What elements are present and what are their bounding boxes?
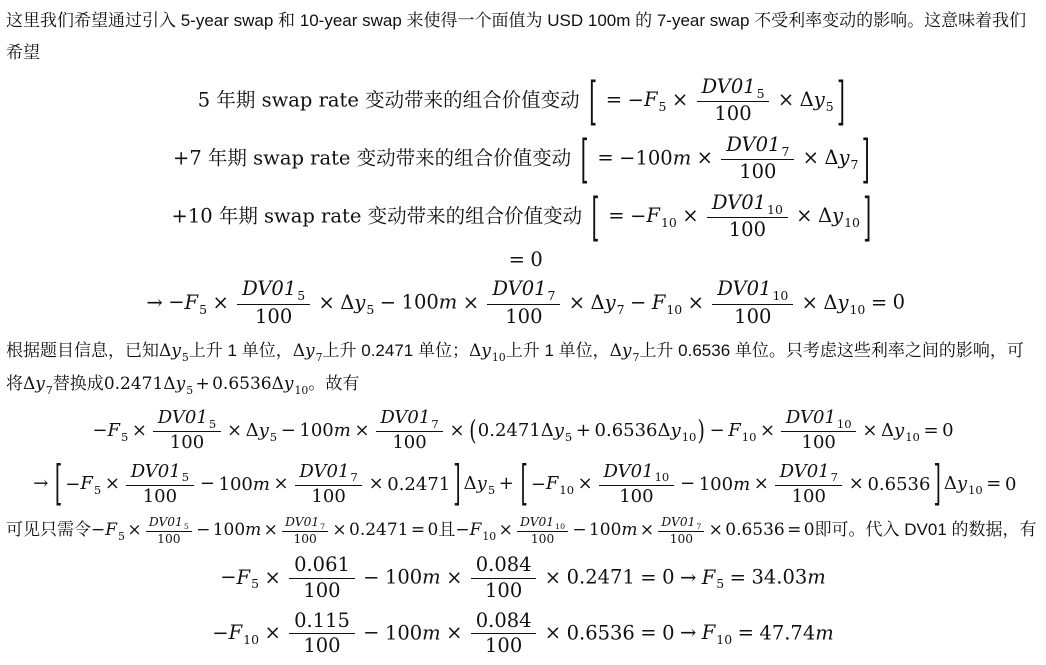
equation-grouped: →[−F5×DV015100−100m×DV017100×0.2471]Δy5+… <box>6 461 1040 508</box>
math-number: 100 <box>392 432 426 453</box>
math-variable: m <box>673 146 692 169</box>
big-bracket: ] <box>453 457 460 512</box>
subscript: 7 <box>316 351 323 364</box>
math-text: 上升 0.2471 单位； <box>323 341 469 360</box>
subscript: 5 <box>251 576 259 591</box>
math-operator: × <box>227 420 242 441</box>
fraction: DV015100 <box>126 461 193 508</box>
subscript: 5 <box>297 288 305 303</box>
math-variable: m <box>733 473 750 494</box>
math-variable: DV0110 <box>712 191 783 214</box>
numerator: 0.084 <box>471 609 537 633</box>
subscript: 10 <box>767 202 783 217</box>
numerator: DV015 <box>237 277 310 303</box>
subscript: 10 <box>559 483 574 497</box>
math-variable: y <box>354 291 365 314</box>
fraction: 0.061100 <box>289 553 355 603</box>
subscript: 5 <box>184 522 189 531</box>
paren: ( <box>469 415 476 447</box>
paren: ) <box>697 415 704 447</box>
big-bracket: ] <box>863 187 871 247</box>
math-number: 100 <box>303 634 340 657</box>
math-variable: F5 <box>185 291 207 314</box>
math-operator: − <box>380 291 396 314</box>
math-variable: y <box>671 420 681 441</box>
math-variable: y <box>305 341 315 361</box>
math-number: 0.084 <box>476 609 532 632</box>
math-operator: × <box>105 473 120 494</box>
document: 这里我们希望通过引入 5-year swap 和 10-year swap 来使… <box>0 0 1046 665</box>
math-variable: y <box>35 374 45 394</box>
math-number: 100 <box>213 520 245 540</box>
math-number: 0 <box>662 566 674 589</box>
math-number: 0.2471 <box>104 374 163 394</box>
subscript: 5 <box>209 417 216 431</box>
math-text: 可见只需令 <box>6 520 91 539</box>
equation-equals-zero: =0 <box>6 248 1040 271</box>
delta-y-term: Δy10 <box>469 341 506 360</box>
math-operator: = <box>606 88 622 111</box>
math-number: 100 <box>485 634 522 657</box>
equation-10y-change: +10 年期 swap rate 变动带来的组合价值变动 [=−F10×DV01… <box>6 191 1040 243</box>
math-variable: DV017 <box>726 133 789 156</box>
math-variable: F10 <box>546 473 574 494</box>
math-number: 0.2471 <box>349 520 408 540</box>
math-operator: × <box>862 420 877 441</box>
subscript: 10 <box>742 430 757 444</box>
delta-y-term: Δy5 <box>159 341 189 360</box>
subscript: 7 <box>831 470 838 484</box>
math-number: 0.6536 <box>567 621 635 644</box>
math-number: 100 <box>303 579 340 602</box>
delta-symbol: Δ <box>881 420 894 441</box>
math-number: − <box>91 520 105 540</box>
big-bracket: ] <box>933 457 940 512</box>
subscript: 7 <box>320 522 325 531</box>
subscript: 10 <box>682 430 697 444</box>
subscript: 10 <box>666 302 682 317</box>
math-operator: × <box>212 291 228 314</box>
numerator: 0.115 <box>289 609 355 633</box>
math-text: +10 年期 swap rate 变动带来的组合价值变动 <box>172 204 589 227</box>
math-number: 0.6536 <box>212 374 271 394</box>
math-operator: − <box>710 420 725 441</box>
math-text: 上升 1 单位， <box>189 341 293 360</box>
subscript: 10 <box>772 288 788 303</box>
math-number: − <box>92 420 107 441</box>
math-variable: m <box>621 520 637 540</box>
delta-y-term: Δy10 <box>944 473 983 494</box>
fraction: DV0110100 <box>599 461 674 508</box>
math-operator: × <box>697 146 713 169</box>
subscript: 5 <box>182 470 189 484</box>
subscript: 7 <box>696 522 701 531</box>
subscript: 10 <box>968 483 983 497</box>
delta-symbol: Δ <box>272 374 284 394</box>
math-number: 0.6536 <box>867 473 930 494</box>
denominator: 100 <box>487 304 560 329</box>
denominator: 100 <box>471 578 537 603</box>
delta-symbol: Δ <box>23 374 35 394</box>
equation-substituted: −F5×DV015100×Δy5−100m×DV017100×(0.2471Δy… <box>6 407 1040 454</box>
subscript: 5 <box>488 483 495 497</box>
equation-combined: →−F5×DV015100×Δy5−100m×DV017100×Δy7−F10×… <box>6 277 1040 329</box>
denominator: 100 <box>707 217 788 242</box>
math-variable: DV017 <box>780 461 838 482</box>
delta-y-term: Δy10 <box>818 204 860 227</box>
math-operator: × <box>132 420 147 441</box>
subscript: 7 <box>617 302 625 317</box>
math-number: 100 <box>670 532 693 546</box>
denominator: 100 <box>658 531 704 546</box>
math-operator: × <box>446 566 462 589</box>
subscript: 5 <box>366 302 374 317</box>
math-text: 替换成 <box>53 374 104 393</box>
math-variable: F5 <box>108 420 129 441</box>
math-variable: m <box>253 473 270 494</box>
math-operator: × <box>803 146 819 169</box>
math-variable: y <box>605 291 616 314</box>
math-operator: × <box>688 291 704 314</box>
subscript: 5 <box>565 430 572 444</box>
math-operator: = <box>597 146 613 169</box>
math-variable: F10 <box>702 621 732 644</box>
math-operator: − <box>196 520 210 540</box>
subscript: 10 <box>850 302 866 317</box>
delta-symbol: Δ <box>944 473 957 494</box>
math-variable: y <box>839 146 850 169</box>
fraction: DV015100 <box>146 515 192 547</box>
math-operator: × <box>796 204 812 227</box>
math-variable: DV0110 <box>520 515 565 529</box>
math-number: 100 <box>699 473 733 494</box>
denominator: 100 <box>712 304 793 329</box>
denominator: 100 <box>517 531 568 546</box>
equation-f10-solution: −F10×0.115100−100m×0.084100×0.6536=0→F10… <box>6 609 1040 659</box>
delta-y-term: Δy5 <box>464 473 496 494</box>
math-operator: × <box>354 420 369 441</box>
fraction: 0.115100 <box>289 609 355 659</box>
denominator: 100 <box>289 633 355 658</box>
math-operator: × <box>545 566 561 589</box>
delta-y-term: Δy5 <box>246 420 278 441</box>
math-number: 0.084 <box>476 553 532 576</box>
numerator: DV017 <box>376 407 443 431</box>
math-operator: − <box>200 473 215 494</box>
subscript: 10 <box>905 430 920 444</box>
denominator: 100 <box>295 485 362 509</box>
math-variable: y <box>171 341 181 361</box>
math-operator: × <box>449 420 464 441</box>
fraction: DV017100 <box>487 277 560 329</box>
math-operator: × <box>778 88 794 111</box>
math-text: 5 年期 swap rate 变动带来的组合价值变动 <box>198 88 586 111</box>
denominator: 100 <box>781 431 856 455</box>
numerator: 0.084 <box>471 553 537 577</box>
subscript: 10 <box>555 522 565 531</box>
subscript: 10 <box>661 215 677 230</box>
math-variable: y <box>894 420 904 441</box>
delta-symbol: Δ <box>464 473 477 494</box>
delta-symbol: Δ <box>246 420 259 441</box>
paragraph-intro: 这里我们希望通过引入 5-year swap 和 10-year swap 来使… <box>6 5 1040 69</box>
numerator: DV0110 <box>707 191 788 217</box>
math-text: 。故有 <box>308 374 359 393</box>
math-operator: + <box>499 473 514 494</box>
delta-y-term: Δy5 <box>541 420 573 441</box>
fraction: DV0110100 <box>781 407 856 454</box>
math-operator: − <box>281 420 296 441</box>
big-bracket: [ <box>520 457 527 512</box>
math-number: 100 <box>143 486 177 507</box>
math-operator: − <box>363 566 379 589</box>
big-bracket: [ <box>581 129 589 189</box>
math-variable: y <box>481 341 491 361</box>
math-operator: × <box>569 291 585 314</box>
subscript: 5 <box>199 302 207 317</box>
math-operator: × <box>264 621 280 644</box>
math-number: 0.061 <box>294 553 350 576</box>
delta-y-term: Δy7 <box>23 374 53 393</box>
math-operator: × <box>274 473 289 494</box>
delta-symbol: Δ <box>658 420 671 441</box>
math-number: − <box>220 566 236 589</box>
equation-7y-change: +7 年期 swap rate 变动带来的组合价值变动 [=−100m×DV01… <box>6 133 1040 185</box>
math-operator: × <box>682 204 698 227</box>
delta-symbol: Δ <box>163 374 175 394</box>
fraction: DV017100 <box>658 515 704 547</box>
math-operator: = <box>640 621 656 644</box>
subscript: 10 <box>655 470 670 484</box>
math-number: 0.2471 <box>478 420 541 441</box>
math-number: − <box>212 621 228 644</box>
math-number: − <box>455 520 469 540</box>
fraction: DV015100 <box>153 407 220 454</box>
subscript: 7 <box>46 384 53 397</box>
fraction: DV017100 <box>295 461 362 508</box>
math-number: 34.03 <box>751 566 807 589</box>
math-variable: DV017 <box>380 407 438 428</box>
math-number: 100 <box>714 102 751 125</box>
math-number: 100 <box>739 160 776 183</box>
math-variable: F10 <box>728 420 756 441</box>
math-number: 0.2471 <box>567 566 635 589</box>
subscript: 7 <box>781 144 789 159</box>
math-number: 0 <box>804 520 815 540</box>
numerator: DV015 <box>153 407 220 431</box>
denominator: 100 <box>282 531 328 546</box>
denominator: 100 <box>471 633 537 658</box>
math-operator: + <box>195 374 209 394</box>
math-variable: DV017 <box>661 515 701 529</box>
math-number: 0.2471 <box>387 473 450 494</box>
numerator: 0.061 <box>289 553 355 577</box>
math-variable: m <box>422 621 441 644</box>
denominator: 100 <box>599 485 674 509</box>
math-operator: → <box>146 291 162 314</box>
math-variable: m <box>815 621 834 644</box>
math-variable: m <box>245 520 261 540</box>
subscript: 5 <box>658 99 666 114</box>
subscript: 5 <box>186 384 193 397</box>
math-operator: = <box>411 520 425 540</box>
math-operator: × <box>640 520 654 540</box>
fraction: DV015100 <box>697 75 770 127</box>
subscript: 5 <box>118 530 125 543</box>
subscript: 7 <box>851 157 859 172</box>
math-operator: = <box>738 621 754 644</box>
math-number: 100 <box>311 486 345 507</box>
subscript: 10 <box>243 632 259 647</box>
subscript: 7 <box>350 470 357 484</box>
big-bracket: ] <box>837 71 845 131</box>
math-number: 100 <box>802 432 836 453</box>
denominator: 100 <box>146 531 192 546</box>
numerator: DV015 <box>126 461 193 485</box>
subscript: 5 <box>121 430 128 444</box>
delta-symbol: Δ <box>293 341 305 361</box>
math-variable: y <box>814 88 825 111</box>
math-variable: y <box>477 473 487 494</box>
numerator: DV015 <box>146 515 192 531</box>
delta-y-term: Δy5 <box>340 291 374 314</box>
subscript: 5 <box>716 576 724 591</box>
math-variable: DV0110 <box>717 277 788 300</box>
math-variable: y <box>957 473 967 494</box>
numerator: DV0110 <box>712 277 793 303</box>
delta-y-term: Δy7 <box>610 341 640 360</box>
math-variable: m <box>807 566 826 589</box>
math-number: 100 <box>734 305 771 328</box>
math-variable: y <box>259 420 269 441</box>
math-operator: × <box>754 473 769 494</box>
delta-y-term: Δy10 <box>272 374 309 393</box>
math-operator: × <box>127 520 141 540</box>
denominator: 100 <box>126 485 193 509</box>
numerator: DV017 <box>658 515 704 531</box>
math-number: 100 <box>531 532 554 546</box>
math-text: 即可。代入 DV01 的数据，有 <box>815 520 1037 539</box>
fraction: DV017100 <box>721 133 794 185</box>
math-operator: = <box>923 420 938 441</box>
math-variable: DV015 <box>149 515 189 529</box>
math-number: 0 <box>428 520 439 540</box>
subscript: 7 <box>548 288 556 303</box>
math-variable: m <box>334 420 351 441</box>
math-variable: F10 <box>646 204 676 227</box>
math-text: +7 年期 swap rate 变动带来的组合价值变动 <box>173 146 577 169</box>
subscript: 5 <box>182 351 189 364</box>
math-operator: = <box>640 566 656 589</box>
delta-symbol: Δ <box>469 341 481 361</box>
math-variable: DV017 <box>492 277 555 300</box>
subscript: 5 <box>826 99 834 114</box>
subscript: 5 <box>270 430 277 444</box>
numerator: DV017 <box>487 277 560 303</box>
subscript: 10 <box>837 417 852 431</box>
delta-y-term: Δy7 <box>293 341 323 360</box>
math-variable: y <box>622 341 632 361</box>
math-number: − <box>630 204 646 227</box>
denominator: 100 <box>237 304 310 329</box>
math-variable: y <box>176 374 186 394</box>
math-number: 100 <box>385 566 422 589</box>
math-variable: F10 <box>229 621 259 644</box>
math-operator: = <box>787 520 801 540</box>
math-number: 100 <box>505 305 542 328</box>
fraction: DV0110100 <box>712 277 793 329</box>
math-number: 100 <box>219 473 253 494</box>
denominator: 100 <box>721 159 794 184</box>
math-text: 且 <box>438 520 455 539</box>
math-operator: − <box>680 473 695 494</box>
big-bracket: ] <box>862 129 870 189</box>
fraction: DV017100 <box>282 515 328 547</box>
math-text: 上升 1 单位， <box>506 341 610 360</box>
math-variable: DV015 <box>131 461 189 482</box>
math-number: 100 <box>729 218 766 241</box>
numerator: DV0110 <box>781 407 856 431</box>
subscript: 7 <box>431 417 438 431</box>
math-operator: × <box>849 473 864 494</box>
math-number: 100 <box>792 486 826 507</box>
denominator: 100 <box>697 101 770 126</box>
math-number: 100 <box>170 432 204 453</box>
math-operator: × <box>709 520 723 540</box>
math-number: 0 <box>1005 473 1016 494</box>
math-variable: DV015 <box>701 75 764 98</box>
math-operator: × <box>264 520 278 540</box>
fraction: DV0110100 <box>517 515 568 547</box>
delta-symbol: Δ <box>541 420 554 441</box>
delta-y-term: Δy10 <box>658 420 697 441</box>
delta-symbol: Δ <box>159 341 171 361</box>
math-variable: y <box>837 291 848 314</box>
math-operator: × <box>264 566 280 589</box>
big-bracket: [ <box>592 187 600 247</box>
numerator: DV0110 <box>517 515 568 531</box>
equation-f5-solution: −F5×0.061100−100m×0.084100×0.2471=0→F5=3… <box>6 553 1040 603</box>
math-operator: × <box>446 621 462 644</box>
math-number: 100 <box>157 532 180 546</box>
math-number: 0 <box>530 248 542 271</box>
math-number: 100 <box>255 305 292 328</box>
math-operator: × <box>463 291 479 314</box>
math-variable: y <box>554 420 564 441</box>
paragraph-rate-relations: 根据题目信息，已知Δy5上升 1 单位，Δy7上升 0.2471 单位；Δy10… <box>6 335 1040 401</box>
math-operator: → <box>33 473 48 494</box>
fraction: 0.084100 <box>471 553 537 603</box>
math-operator: + <box>576 420 591 441</box>
math-variable: DV0110 <box>786 407 852 428</box>
delta-symbol: Δ <box>340 291 354 314</box>
paragraph-condition: 可见只需令−F5×DV015100−100m×DV017100×0.2471=0… <box>6 514 1040 547</box>
subscript: 10 <box>716 632 732 647</box>
delta-symbol: Δ <box>818 204 832 227</box>
big-bracket: [ <box>589 71 597 131</box>
math-number: 0.6536 <box>725 520 784 540</box>
math-operator: × <box>369 473 384 494</box>
math-number: −100 <box>619 146 673 169</box>
delta-symbol: Δ <box>591 291 605 314</box>
subscript: 5 <box>94 483 101 497</box>
math-number: 0 <box>942 420 953 441</box>
delta-symbol: Δ <box>800 88 814 111</box>
numerator: DV017 <box>295 461 362 485</box>
math-variable: y <box>832 204 843 227</box>
delta-y-term: Δy7 <box>824 146 858 169</box>
math-number: 100 <box>619 486 653 507</box>
